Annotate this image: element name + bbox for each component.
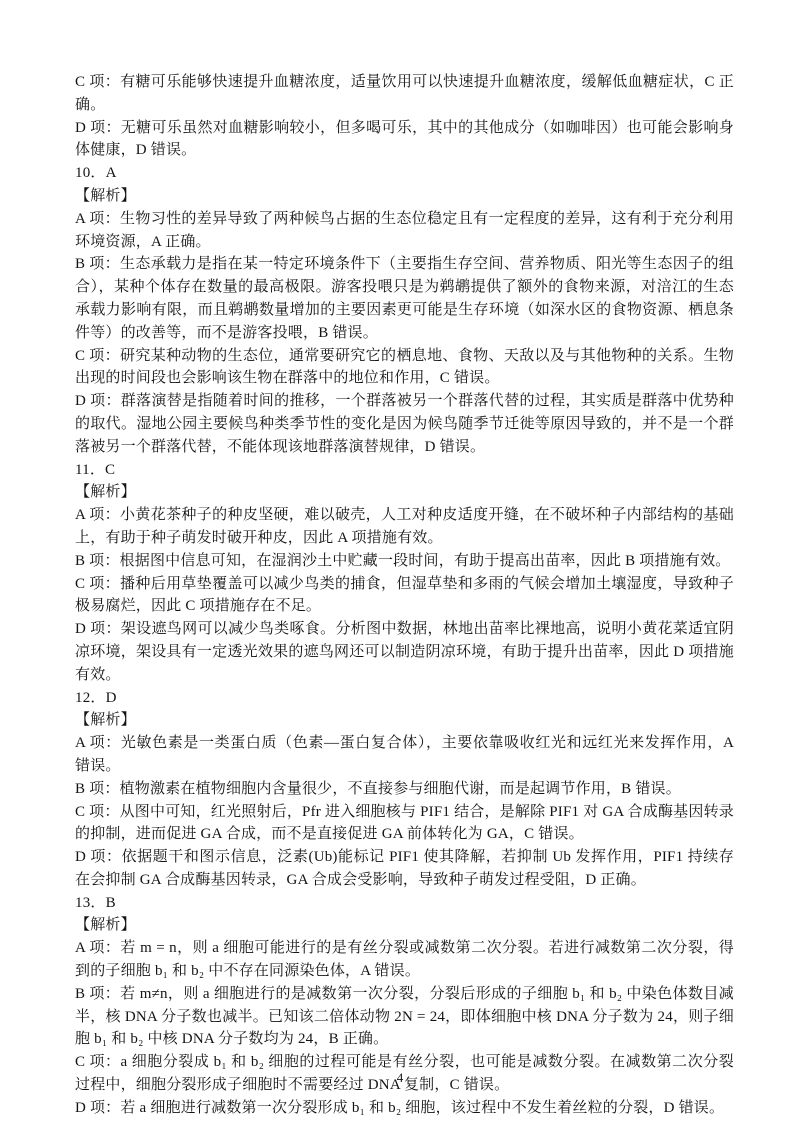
question-11-option-d: D 项：架设遮鸟网可以减少鸟类啄食。分析图中数据，林地出苗率比裸地高，说明小黄花… <box>75 618 734 686</box>
question-12-option-c: C 项：从图中可知，红光照射后，Pfr 进入细胞核与 PIF1 结合，是解除 P… <box>75 801 734 847</box>
question-12-option-a: A 项：光敏色素是一类蛋白质（色素—蛋白复合体），主要依靠吸收红光和远红光来发挥… <box>75 732 734 778</box>
document-page: C 项：有糖可乐能够快速提升血糖浓度，适量饮用可以快速提升血糖浓度，缓解低血糖症… <box>0 0 800 1131</box>
question-11-option-c: C 项：播种后用草垫覆盖可以减少鸟类的捕食，但湿草垫和多雨的气候会增加土壤湿度，… <box>75 573 734 619</box>
question-13-answer: 13．B <box>75 892 734 915</box>
question-12-option-b: B 项：植物激素在植物细胞内含量很少，不直接参与细胞代谢，而是起调节作用，B 错… <box>75 778 734 801</box>
question-11-option-a: A 项：小黄花茶种子的种皮坚硬，难以破壳，人工对种皮适度开缝，在不破坏种子内部结… <box>75 504 734 550</box>
question-12-analysis-heading: 【解析】 <box>75 709 734 732</box>
answer-explanations: C 项：有糖可乐能够快速提升血糖浓度，适量饮用可以快速提升血糖浓度，缓解低血糖症… <box>75 71 734 1120</box>
question-11-answer: 11．C <box>75 459 734 482</box>
question-10-option-d: D 项：群落演替是指随着时间的推移，一个群落被另一个群落代替的过程，其实质是群落… <box>75 390 734 458</box>
question-10-option-a: A 项：生物习性的差异导致了两种候鸟占据的生态位稳定且有一定程度的差异，这有利于… <box>75 208 734 254</box>
question-12-option-d: D 项：依据题干和图示信息，泛素(Ub)能标记 PIF1 使其降解，若抑制 Ub… <box>75 846 734 892</box>
question-11-option-b: B 项：根据图中信息可知，在湿润沙土中贮藏一段时间，有助于提高出苗率，因此 B … <box>75 550 734 573</box>
question-10-answer: 10．A <box>75 162 734 185</box>
question-13-option-a: A 项：若 m = n，则 a 细胞可能进行的是有丝分裂或减数第二次分裂。若进行… <box>75 937 734 983</box>
question-10-analysis-heading: 【解析】 <box>75 185 734 208</box>
question-11-analysis-heading: 【解析】 <box>75 481 734 504</box>
option-analysis-d: D 项：无糖可乐虽然对血糖影响较小，但多喝可乐，其中的其他成分（如咖啡因）也可能… <box>75 117 734 163</box>
question-13-option-b: B 项：若 m≠n，则 a 细胞进行的是减数第一次分裂，分裂后形成的子细胞 b₁… <box>75 983 734 1051</box>
question-10-option-b: B 项：生态承载力是指在某一特定环境条件下（主要指生存空间、营养物质、阳光等生态… <box>75 253 734 344</box>
question-12-answer: 12．D <box>75 687 734 710</box>
option-analysis-c: C 项：有糖可乐能够快速提升血糖浓度，适量饮用可以快速提升血糖浓度，缓解低血糖症… <box>75 71 734 117</box>
page-number: 4 <box>0 1070 800 1086</box>
question-10-option-c: C 项：研究某种动物的生态位，通常要研究它的栖息地、食物、天敌以及与其他物种的关… <box>75 345 734 391</box>
question-13-option-d: D 项：若 a 细胞进行减数第一次分裂形成 b₁ 和 b₂ 细胞，该过程中不发生… <box>75 1097 734 1120</box>
question-13-analysis-heading: 【解析】 <box>75 914 734 937</box>
